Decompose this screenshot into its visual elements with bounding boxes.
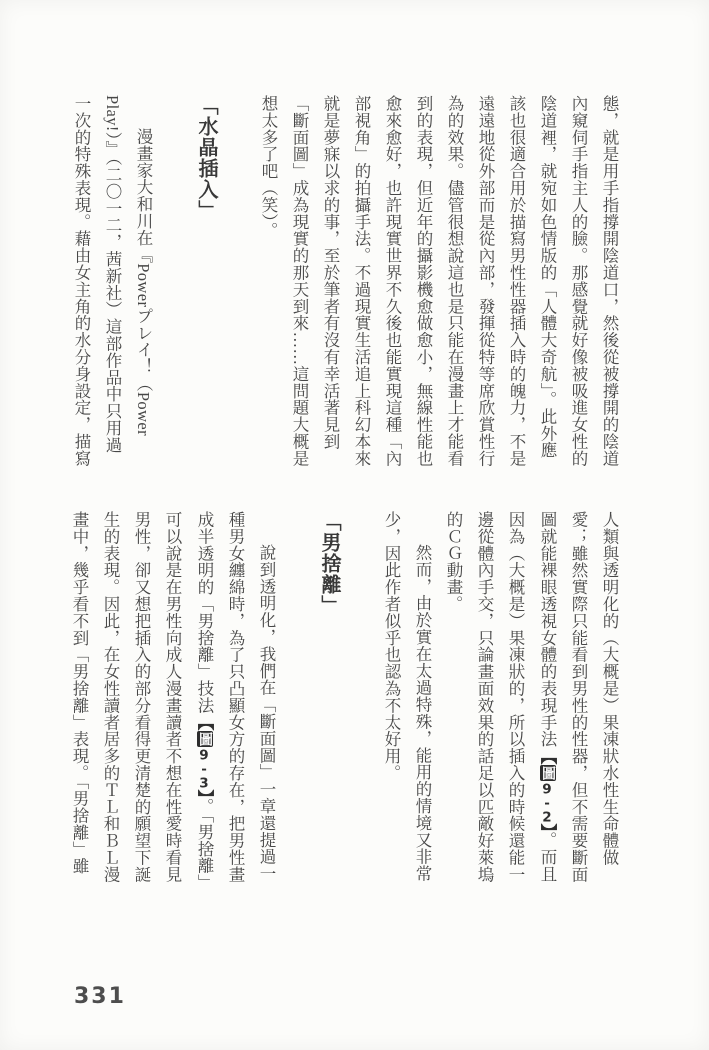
text-column: 一次的特殊表現。藉由女主角的水分身設定，描寫 [66,95,97,507]
text-block-top: 態，就是用手指撐開陰道口，然後從被撐開的陰道內窺伺手指主人的臉。那感覺就好像被吸… [66,95,625,507]
figure-box-icon: 圖 [197,731,213,747]
text-column: 人類與透明化的（大概是）果凍狀水性生命體做 [594,511,625,923]
text-column: 可以說是在男性向成人漫畫讀者不想在性愛時看見 [157,511,188,923]
text-column: 內窺伺手指主人的臉。那感覺就好像被吸進女性的 [563,95,594,507]
text-column: 漫畫家大和川在『Powerプレイ！（Power [128,95,159,507]
text-column: 「斷面圖」成為現實的那天到來……這問題大概是 [284,95,315,507]
page-number: 331 [74,984,126,1009]
text-column: 畫中，幾乎看不到「男捨離」表現。「男捨離」雖 [64,511,95,923]
text-column: 想太多了吧（笑）。 [253,95,284,507]
text-column: 種男女纏綿時，為了只凸顯女方的存在，把男性畫 [220,511,251,923]
text-block-bottom: 人類與透明化的（大概是）果凍狀水性生命體做愛；雖然實際只能看到男性的性器，但不需… [64,511,625,923]
figure-box-icon: 圖 [540,765,556,781]
text-column: 遠遠地從外部而是從內部，發揮從特等席欣賞性行 [470,95,501,507]
text-column: 就是夢寐以求的事，至於筆者有沒有幸活著見到 [315,95,346,507]
text-column: 男性，卻又想把插入的部分看得更清楚的願望下誕 [126,511,157,923]
text-column: 愈來愈好，也許現實世界不久後也能實現這種「內 [377,95,408,507]
text-column: 生的表現。因此，在女性讀者居多的ＴＬ和ＢＬ漫 [95,511,126,923]
text-column: 說到透明化，我們在「斷面圖」一章還提過一 [251,511,282,923]
text-column: 到的表現，但近年的攝影機愈做愈小，無線性能也 [408,95,439,507]
text-column: 愛；雖然實際只能看到男性的性器，但不需要斷面 [563,511,594,923]
text-column: 然而，由於實在太過特殊，能用的情境又非常 [407,511,438,923]
text-column: 該也很適合用於描寫男性性器插入時的魄力，不是 [501,95,532,507]
text-column: 部視角」的拍攝手法。不過現實生活追上科幻本來 [346,95,377,507]
text-column: 陰道裡，就宛如色情版的「人體大奇航」。此外應 [532,95,563,507]
figure-reference: 【圖9-2】 [538,748,557,832]
section-heading-crystal-insertion: 「水晶插入」 [189,95,223,507]
text-column: 成半透明的「男捨離」技法【圖9-3】。「男捨離」 [188,511,220,923]
figure-reference: 【圖9-3】 [195,714,214,798]
text-column: 邊從體內手交，只論畫面效果的話足以匹敵好萊塢 [469,511,500,923]
section-heading-danshari: 「男捨離」 [312,511,346,923]
text-column: Play!）』（二〇一二，茜新社）這部作品中只用過 [97,95,128,507]
text-column: 少，因此作者似乎也認為不太好用。 [376,511,407,923]
text-column: 為的效果。儘管很想說這也是只能在漫畫上才能看 [439,95,470,507]
text-column: 因為（大概是）果凍狀的，所以插入的時候還能一 [500,511,531,923]
text-column: 態，就是用手指撐開陰道口，然後從被撐開的陰道 [594,95,625,507]
text-column: 的ＣＧ動畫。 [438,511,469,923]
text-column: 圖就能裸眼透視女體的表現手法【圖9-2】。而且 [531,511,563,923]
book-page: 態，就是用手指撐開陰道口，然後從被撐開的陰道內窺伺手指主人的臉。那感覺就好像被吸… [0,0,709,1050]
